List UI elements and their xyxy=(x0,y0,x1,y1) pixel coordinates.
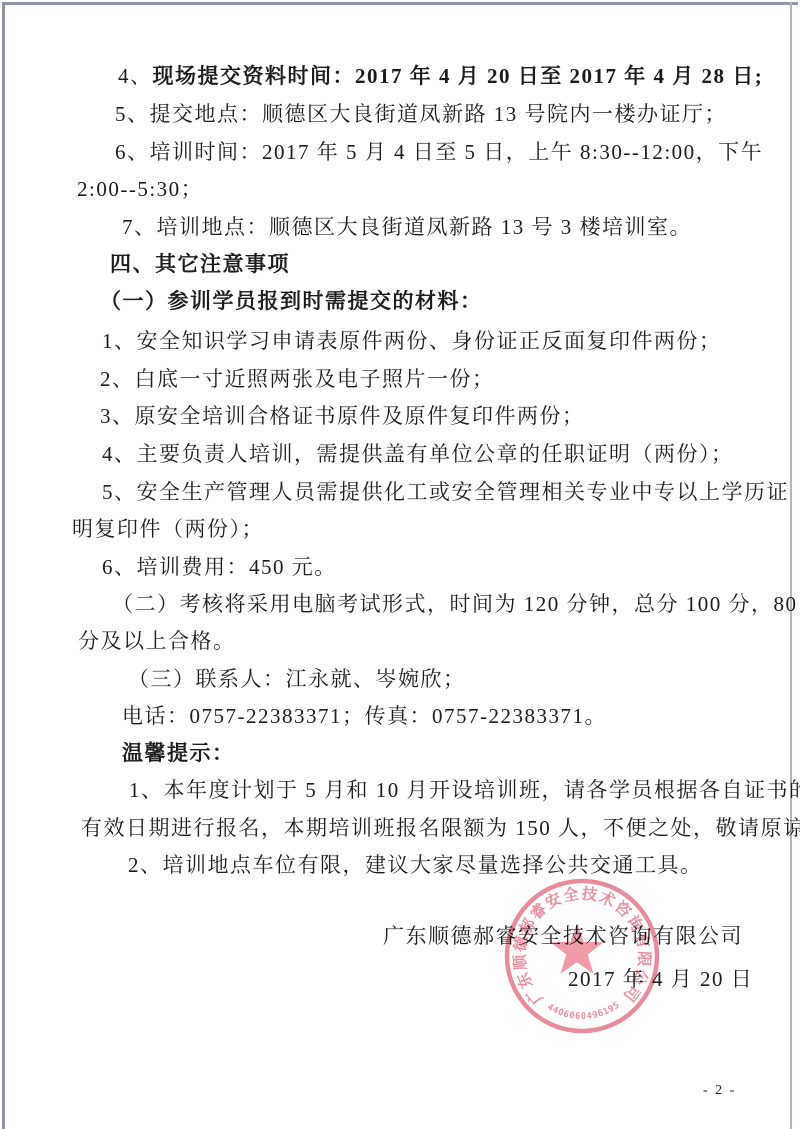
item-6-training-time: 6、培训时间：2017 年 5 月 4 日至 5 日，上午 8:30--12:0… xyxy=(115,139,763,165)
subsection-2-exam-continuation: 分及以上合格。 xyxy=(78,628,236,654)
page-number: - 2 - xyxy=(703,1083,736,1099)
svg-text:4406060496195: 4406060496195 xyxy=(545,1000,622,1022)
section-4-heading: 四、其它注意事项 xyxy=(110,251,290,277)
material-item-6-fee: 6、培训费用：450 元。 xyxy=(102,554,337,580)
material-item-5-continuation: 明复印件（两份）； xyxy=(72,516,264,542)
item-4-onsite-submission-time: 4、现场提交资料时间：2017 年 4 月 20 日至 2017 年 4 月 2… xyxy=(118,63,763,89)
subsection-3-contacts: （三）联系人：江永就、岑婉欣； xyxy=(128,666,466,692)
item-4-number: 4、 xyxy=(118,64,153,88)
stamp-star-icon xyxy=(550,923,603,974)
page-right-border xyxy=(790,2,792,1129)
phone-fax-line: 电话：0757-22383371；传真：0757-22383371。 xyxy=(122,703,607,729)
document-page: { "page": { "background": "#ffffff", "bo… xyxy=(0,0,800,1129)
material-item-4: 4、主要负责人培训，需提供盖有单位公章的任职证明（两份）； xyxy=(102,441,734,467)
item-6-training-time-continuation: 2:00--5:30； xyxy=(77,176,203,202)
material-item-2: 2、白底一寸近照两张及电子照片一份； xyxy=(100,366,495,392)
company-stamp-icon: 广东顺德郝睿安全技术咨询有限公司 4406060496195 xyxy=(495,868,675,1048)
tip-1-continuation: 有效日期进行报名，本期培训班报名限额为 150 人，不便之处，敬请原谅； xyxy=(81,815,800,841)
item-4-text: 现场提交资料时间：2017 年 4 月 20 日至 2017 年 4 月 28 … xyxy=(153,64,764,88)
warm-tips-heading: 温馨提示： xyxy=(122,740,235,766)
tip-1: 1、本年度计划于 5 月和 10 月开设培训班，请各学员根据各自证书的 xyxy=(129,777,800,803)
page-top-border xyxy=(2,2,798,5)
item-7-training-location: 7、培训地点：顺德区大良街道凤新路 13 号 3 楼培训室。 xyxy=(122,214,692,240)
material-item-5: 5、安全生产管理人员需提供化工或安全管理相关专业中专以上学历证 xyxy=(102,479,789,505)
subsection-1-heading: （一）参训学员报到时需提交的材料： xyxy=(100,288,483,314)
material-item-3: 3、原安全培训合格证书原件及原件复印件两份； xyxy=(100,403,585,429)
stamp-code: 4406060496195 xyxy=(545,1000,622,1022)
item-5-submission-location: 5、提交地点：顺德区大良街道凤新路 13 号院内一楼办证厅； xyxy=(115,101,727,127)
subsection-2-exam: （二）考核将采用电脑考试形式，时间为 120 分钟，总分 100 分，80 xyxy=(112,591,798,617)
material-item-1: 1、安全知识学习申请表原件两份、身份证正反面复印件两份； xyxy=(102,328,722,354)
page-left-border xyxy=(2,2,5,1129)
